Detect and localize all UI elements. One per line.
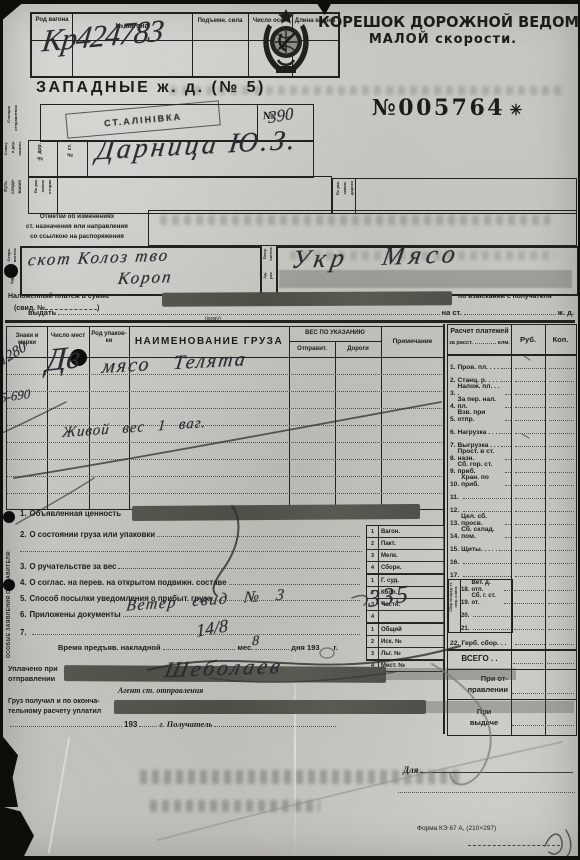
- waybill-time-line: Время предъяв. накладной мес. дня 193 г.: [58, 643, 338, 652]
- classification-row: 2Иск. №: [367, 636, 444, 648]
- payment-label-cell: 16.: [448, 559, 513, 566]
- dotted-leader: [549, 394, 574, 395]
- bleed-through-smudge: [140, 770, 460, 784]
- payment-label-cell: 14.Сб. склад. пом.: [448, 526, 513, 540]
- dotted-leader: [549, 511, 574, 512]
- paper-crease: [48, 737, 70, 854]
- fee-label-cell: 19.Сб. г. ст. от.: [460, 592, 512, 606]
- route-by-road-box: [332, 178, 577, 214]
- fee-label: Сб. г. ст. от.: [471, 592, 502, 606]
- waybill-page: Род вагона № вагона Подъемн. сила Число …: [0, 0, 580, 860]
- receiver-address-label: Ад-: [263, 272, 267, 279]
- redaction-band-paid-ext: [386, 668, 516, 680]
- payment-label-cell: 5.Взв. при отпр.: [448, 409, 513, 423]
- cod-issue-line: выдать на ст. ж. д.: [28, 308, 574, 317]
- route-by-sender-box: [28, 176, 332, 214]
- payment-kop-cell: [547, 472, 576, 475]
- divider: [289, 327, 290, 509]
- classification-row: 3Мелк.: [367, 550, 444, 562]
- fee-label: Вет. д. отп.: [471, 579, 502, 593]
- divider: [355, 179, 356, 213]
- item-number: 1.: [20, 509, 27, 518]
- dotted-leader: [549, 563, 574, 564]
- dotted-leader: [515, 511, 545, 512]
- paid-at-departure-label: Уплачено при отправлении: [8, 664, 58, 684]
- payment-rub-cell: [513, 511, 547, 514]
- fees-group-rows: 18.Вет. д. отп. 19.Сб. г. ст. от. 20.: [460, 580, 576, 632]
- fee-kop-cell: [546, 590, 576, 593]
- at-issue-line2: выдаче: [460, 717, 508, 728]
- dotted-leader: [549, 498, 574, 499]
- classification-row: 3Льг. №: [367, 648, 444, 660]
- places-handwriting: Дв: [45, 338, 82, 379]
- time-label: Время предъяв. накладной: [58, 643, 161, 652]
- fees-group-label: Сбор на пред. ст.: [450, 582, 454, 612]
- dotted-leader: [463, 498, 511, 499]
- payment-number: 14.: [450, 533, 459, 540]
- item-number: 2.: [20, 530, 27, 539]
- header-rule: [448, 354, 576, 356]
- dotted-leader: [118, 568, 360, 569]
- dotted-leader: [515, 644, 545, 645]
- row-label: Сборн.: [379, 565, 402, 571]
- payment-number: 6.: [450, 429, 456, 436]
- route-label: вания: [18, 180, 23, 193]
- declaration-item: 4.О соглас. на перев. на открытом подвиж…: [20, 578, 362, 587]
- payment-kop-cell: [547, 550, 576, 553]
- dotted-leader: [549, 524, 574, 525]
- destination-label: назнач.: [18, 141, 22, 156]
- item-label: Приложены документы: [30, 610, 121, 619]
- dotted-leader: [549, 433, 574, 434]
- table-ruling: [7, 493, 444, 494]
- dotted-leader: [463, 511, 511, 512]
- corner-blot-bottom-left-1: [0, 733, 18, 807]
- payment-rub-cell: [513, 485, 547, 488]
- payment-rub-cell: [513, 472, 547, 475]
- payment-rub-cell: [513, 537, 547, 540]
- dotted-leader: [499, 550, 511, 551]
- distance-pre: за расст.: [449, 340, 473, 346]
- fee-row: 21.: [460, 619, 576, 632]
- row-number: 3: [367, 648, 379, 659]
- divider: [381, 327, 382, 509]
- dotted-leader: [515, 420, 545, 421]
- dotted-leader: [463, 576, 511, 577]
- payment-kop-cell: [547, 563, 576, 566]
- route-by-road-label: занию: [343, 182, 347, 194]
- payment-label-cell: 15.Щиты. . . . .: [448, 546, 513, 553]
- note-header: Примечание: [381, 338, 444, 345]
- payment-row: 17.: [448, 566, 576, 579]
- total-label: ВСЕГО . .: [448, 654, 511, 663]
- item-label: О соглас. на перев. на открытом подвижн.…: [30, 578, 227, 587]
- divider: [289, 341, 381, 342]
- payment-number: 5.: [450, 416, 456, 423]
- stamp-duty-number: 22.: [450, 640, 459, 647]
- continuation-line: [20, 551, 362, 552]
- declaration-item: 6.Приложены документы: [20, 610, 362, 619]
- receiver-address-label: рес: [269, 272, 273, 279]
- fee-rub-cell: [512, 629, 546, 632]
- dotted-leader: [514, 616, 544, 617]
- year-label: 193: [124, 720, 137, 729]
- masthead-title: КОРЕШОК ДОРОЖНОЙ ВЕДОМОСТИ: [318, 14, 568, 31]
- document-number: №005764 ✳: [342, 96, 552, 121]
- payment-kop-cell: [547, 576, 576, 579]
- dotted-leader: [515, 485, 545, 486]
- dotted-leader: [549, 368, 574, 369]
- payment-number: 10.: [450, 481, 459, 488]
- item-number: 7.: [20, 628, 27, 637]
- dotted-leader: [505, 524, 511, 525]
- fee-row: 19.Сб. г. ст. от.: [460, 593, 576, 606]
- year-suffix: г.: [334, 643, 338, 652]
- payments-title: Расчет платежей: [448, 328, 511, 336]
- payment-rub-cell: [513, 563, 547, 566]
- dotted-leader: [475, 343, 496, 344]
- payment-label: За пер. нал. пл.: [458, 396, 504, 410]
- payment-number: 11.: [450, 494, 459, 501]
- dotted-leader: [163, 649, 236, 650]
- dotted-leader: [214, 726, 336, 727]
- paid-signature-handwriting: Шеболаев: [162, 653, 285, 683]
- dotted-leader: [464, 314, 556, 315]
- stamp-duty-label: Герб. сбор. . .: [461, 640, 506, 647]
- payment-label-cell: 13.Цел. сб. просв.: [448, 513, 513, 527]
- remarks-line1: Отметки об изменениях: [6, 212, 148, 222]
- table-ruling: [7, 476, 444, 477]
- dotted-leader: [58, 314, 439, 315]
- sender-label: витель: [13, 248, 17, 262]
- payment-label-cell: 11.: [448, 494, 513, 501]
- blank-dashes: [468, 845, 560, 846]
- classification-row: 2Пакт.: [367, 538, 444, 550]
- dotted-leader: [549, 472, 574, 473]
- issue-label: выдать: [28, 308, 56, 317]
- stamp-duty-kop-cell: [547, 644, 576, 647]
- total-kop-cell: [545, 663, 576, 666]
- dotted-leader: [515, 394, 545, 395]
- route-label: следо-: [11, 179, 16, 194]
- payment-rub-cell: [513, 459, 547, 462]
- payment-kop-cell: [547, 446, 576, 449]
- payment-kop-cell: [547, 511, 576, 514]
- item-label: О состоянии груза или упаковки: [30, 530, 156, 539]
- dotted-leader: [514, 603, 544, 604]
- paid-line1: Уплачено при: [8, 664, 58, 674]
- declaration-item: 3.О ручательстве за вес: [20, 562, 362, 571]
- agent-label: Агент ст. отправления: [118, 686, 203, 695]
- payment-kop-cell: [547, 420, 576, 423]
- dotted-leader: [504, 603, 510, 604]
- divider: [57, 141, 58, 177]
- classification-row: 4Сборн.: [367, 562, 444, 574]
- cod-label: Наложенный платеж в сумме: [8, 293, 110, 301]
- redaction-band-received-ext: [426, 701, 574, 713]
- route-by-sender-label: По ука-: [34, 179, 38, 193]
- remarks-label: Отметки об изменениях ст. назначения или…: [6, 212, 148, 242]
- dotted-leader: [255, 649, 289, 650]
- payment-rub-cell: [513, 524, 547, 527]
- classification-row: 1Общий: [367, 624, 444, 636]
- bleed-through-smudge: [170, 86, 565, 95]
- payment-label-cell: 9.Сб. гор. ст. приб.: [448, 461, 513, 475]
- dotted-leader: [10, 726, 122, 727]
- item-number: 5.: [20, 594, 27, 603]
- payment-label-cell: 17.: [448, 572, 513, 579]
- payment-label-cell: 6.Нагрузка . . .: [448, 429, 513, 436]
- payment-row: 6.Нагрузка . . .: [448, 423, 576, 436]
- dotted-leader: [515, 524, 545, 525]
- dotted-leader: [229, 584, 360, 585]
- payment-rub-cell: [513, 550, 547, 553]
- railway-label: ж. д.: [558, 308, 574, 317]
- packing-header: Род упаков- ки: [89, 331, 129, 345]
- payment-label: Сб. склад. пом.: [461, 526, 503, 540]
- received-line1: Груз получил и по оконча-: [8, 697, 101, 707]
- row-number: 2: [367, 538, 379, 549]
- row-number: 3: [367, 550, 379, 561]
- dotted-leader: [505, 472, 511, 473]
- payment-label: Прост. в ст. назн.: [458, 448, 504, 462]
- classification-row: 4: [367, 611, 444, 623]
- dotted-leader: [549, 381, 574, 382]
- rub-header: Руб.: [511, 336, 545, 345]
- payment-kop-cell: [547, 537, 576, 540]
- fee-label-cell: 20.: [460, 612, 512, 619]
- fee-kop-cell: [546, 629, 576, 632]
- dotted-leader: [548, 616, 574, 617]
- form-code: Форма КЭ 67 А, (210×297): [417, 825, 496, 832]
- cod-right-label: по взыскании с получателя: [458, 293, 576, 301]
- dotted-leader: [549, 485, 574, 486]
- payment-row: 1.Пров. пл. . . .: [448, 358, 576, 371]
- payment-row: 11.: [448, 488, 576, 501]
- dotted-leader: [515, 446, 545, 447]
- payment-rub-cell: [513, 446, 547, 449]
- station-no-label: № ст.: [68, 144, 73, 158]
- ink-blot: [3, 579, 15, 591]
- payment-rub-cell: [513, 368, 547, 371]
- dotted-leader: [515, 537, 545, 538]
- payment-kop-cell: [547, 433, 576, 436]
- row-label: Льг. №: [379, 651, 401, 657]
- receiver-handwriting: Укр Мясо: [289, 239, 462, 275]
- fee-number: 20.: [461, 612, 469, 619]
- payment-rub-cell: [513, 498, 547, 501]
- payment-label-cell: 1.Пров. пл. . . .: [448, 364, 513, 371]
- declaration-item: 7.: [20, 628, 362, 637]
- dotted-leader: [505, 420, 511, 421]
- item-number: 6.: [20, 610, 27, 619]
- dotted-leader: [548, 629, 574, 630]
- dotted-leader: [505, 407, 511, 408]
- dotted-leader: [123, 616, 360, 617]
- sender-handwriting2: Короп: [117, 267, 174, 289]
- star-ornament-icon: ✳: [510, 102, 523, 119]
- fee-label-cell: 21.: [460, 625, 512, 632]
- payment-kop-cell: [547, 407, 576, 410]
- payment-number: 17.: [450, 572, 459, 579]
- dotted-leader: [549, 446, 574, 447]
- route-by-road-label: дороги: [350, 181, 354, 195]
- tariff-handwriting: 335: [368, 581, 410, 614]
- weight-road-header: Дороги: [335, 346, 381, 353]
- section-rule: [5, 320, 575, 323]
- row-number: 1: [367, 575, 379, 586]
- dotted-leader: [548, 590, 574, 591]
- fee-number: 19.: [461, 599, 469, 606]
- payment-label-cell: 10.Хран. по приб.: [448, 474, 513, 488]
- corner-blot-bottom-left-2: [0, 806, 34, 860]
- fee-rub-cell: [512, 590, 546, 593]
- payment-rub-cell: [513, 381, 547, 384]
- dotted-leader: [463, 563, 511, 564]
- fee-row: 20.: [460, 606, 576, 619]
- table-ruling: [7, 408, 444, 409]
- dotted-leader: [505, 485, 511, 486]
- payment-number: 1.: [450, 364, 456, 371]
- road-no-label: № дор.: [38, 143, 43, 161]
- dotted-leader: [515, 498, 545, 499]
- row-number: 1: [367, 526, 379, 537]
- receiver-sign-line: 193 г. Получатель: [8, 719, 338, 729]
- payment-label: Налож. пл. . . .: [458, 383, 504, 397]
- payment-row: 5.Взв. при отпр.: [448, 410, 576, 423]
- total-rub-cell: [511, 663, 545, 666]
- dotted-leader: [549, 537, 574, 538]
- ussr-coat-of-arms-icon: [256, 8, 316, 80]
- dotted-leader: [514, 629, 544, 630]
- route-by-road-label: По ука-: [336, 181, 340, 195]
- sender-label: Отпра-: [7, 248, 11, 262]
- dotted-leader: [549, 420, 574, 421]
- redaction-band-value: [132, 504, 420, 521]
- dotted-leader: [500, 381, 511, 382]
- dotted-leader: [549, 459, 574, 460]
- declaration-item: 2.О состоянии груза или упаковки: [20, 530, 362, 539]
- dotted-leader: [549, 644, 574, 645]
- dotted-leader: [501, 446, 511, 447]
- document-number-text: №005764: [372, 95, 505, 121]
- payments-subtitle: за расст. клм.: [449, 340, 510, 346]
- dotted-leader: [515, 381, 545, 382]
- dotted-leader: [473, 616, 510, 617]
- payment-row: 16.: [448, 553, 576, 566]
- payment-label: Щиты. . . . .: [461, 546, 497, 553]
- payment-kop-cell: [547, 459, 576, 462]
- divider: [89, 327, 90, 509]
- receiver-label: Полу-: [263, 248, 267, 259]
- payments-rows: 1.Пров. пл. . . . 2.Станц. р. . . . 3.На…: [448, 358, 576, 579]
- payment-label-cell: 8.Прост. в ст. назн.: [448, 448, 513, 462]
- item-label: О ручательстве за вес: [30, 562, 117, 571]
- item-label: Объявленная ценность: [30, 509, 122, 518]
- payment-row: 15.Щиты. . . . .: [448, 540, 576, 553]
- receiver-sign-label: г. Получатель: [159, 719, 212, 729]
- stamp-duty-label-cell: 22.Герб. сбор. . .: [448, 640, 513, 647]
- payment-label: Пров. пл. . . .: [458, 364, 500, 371]
- table-ruling: [7, 442, 444, 443]
- dotted-leader: [157, 536, 360, 537]
- scan-edge-bottom: [0, 856, 580, 860]
- item-number: 4.: [20, 578, 27, 587]
- row-number: 2: [367, 636, 379, 647]
- row-number: 4: [367, 562, 379, 573]
- fee-label-cell: 18.Вет. д. отп.: [460, 579, 512, 593]
- payment-kop-cell: [547, 498, 576, 501]
- fee-rub-cell: [512, 616, 546, 619]
- paid-line2: отправлении: [8, 674, 58, 684]
- dotted-leader: [514, 590, 544, 591]
- row-label: Вагон.: [379, 529, 400, 535]
- route-by-sender-label: отправ.: [48, 179, 52, 194]
- dotted-leader: [549, 407, 574, 408]
- dotted-leader: [139, 726, 157, 727]
- table-ruling: [7, 459, 444, 460]
- dotted-leader: [549, 550, 574, 551]
- fee-rub-cell: [512, 603, 546, 606]
- payment-rub-cell: [513, 407, 547, 410]
- row-number: 1: [367, 624, 379, 635]
- dotted-leader: [504, 590, 510, 591]
- goods-received-label: Груз получил и по оконча- тельному расче…: [8, 697, 101, 717]
- dotted-leader: [548, 603, 574, 604]
- payment-label: Цел. сб. просв.: [461, 513, 503, 527]
- departure-station-label: Станция: [7, 106, 11, 123]
- payment-row: 10.Хран. по приб.: [448, 475, 576, 488]
- payment-rub-cell: [513, 420, 547, 423]
- scan-edge-top: [0, 0, 580, 4]
- destination-label: и дор.: [11, 141, 15, 153]
- divider: [57, 177, 58, 213]
- payment-number: 16.: [450, 559, 459, 566]
- dotted-leader: [515, 550, 545, 551]
- payment-label-cell: 3.Налож. пл. . . .: [448, 383, 513, 397]
- payment-kop-cell: [547, 524, 576, 527]
- item-number: 3.: [20, 562, 27, 571]
- route-by-sender-label: занию: [41, 180, 45, 192]
- payment-rub-cell: [513, 394, 547, 397]
- weight-header: ВЕС ПО УКАЗАНИЮ: [289, 330, 381, 337]
- stamp-duty-rub-cell: [513, 644, 547, 647]
- distance-post: клм.: [498, 340, 510, 346]
- masthead-subtitle: МАЛОЙ скорости.: [318, 33, 568, 48]
- row-label: Мелк.: [379, 553, 398, 559]
- payment-kop-cell: [547, 381, 576, 384]
- redaction-band-cod: [162, 291, 452, 307]
- route-label: Путь: [4, 181, 9, 192]
- dotted-leader: [515, 433, 545, 434]
- stamp-duty-row: 22.Герб. сбор. . .: [448, 633, 576, 647]
- row-label: Пакт.: [379, 541, 396, 547]
- payment-kop-cell: [547, 394, 576, 397]
- ink-blot: [3, 511, 15, 523]
- dotted-leader: [515, 407, 545, 408]
- date-handwriting: 14/8: [196, 615, 228, 642]
- cargo-name-header: НАИМЕНОВАНИЕ ГРУЗА: [129, 336, 289, 348]
- dotted-leader: [515, 472, 545, 473]
- blank-line: [398, 792, 575, 793]
- payment-number: 15.: [450, 546, 459, 553]
- dotted-leader: [501, 368, 511, 369]
- scan-edge-left: [0, 0, 3, 860]
- row-label: Общий: [379, 627, 402, 633]
- dotted-leader: [473, 629, 510, 630]
- dotted-leader: [547, 663, 574, 664]
- kop-header: Коп.: [545, 336, 576, 345]
